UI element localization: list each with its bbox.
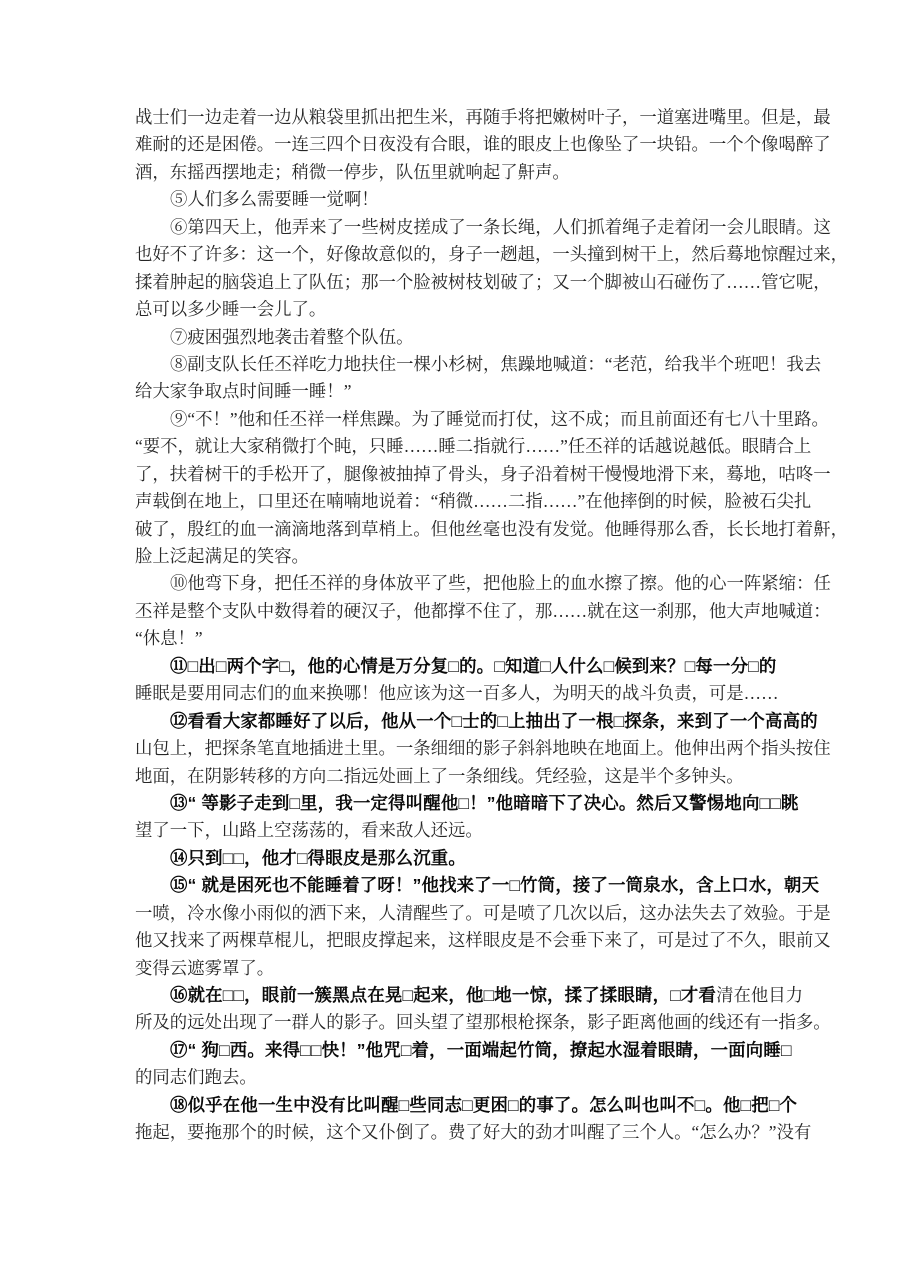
text-segment: 望了一下，山路上空荡荡的，看来敌人还远。 <box>135 820 483 840</box>
text-segment: 也好不了许多：这一个，好像故意似的，身子一趔趄，一头撞到树干上，然后蓦地惊醒过来… <box>135 244 848 264</box>
text-segment: ⑭只到□□，他才□得眼皮是那么沉重。 <box>170 848 466 868</box>
text-line: ⑯就在□□，眼前一簇黑点在晃□起来，他□地一惊，揉了揉眼睛，□才看清在他目力 <box>135 982 772 1009</box>
text-line: 难耐的还是困倦。一连三四个日夜没有合眼，谁的眼皮上也像坠了一块铅。一个个像喝醉了 <box>135 131 772 158</box>
text-segment: ⑬“ 等影子走到□里，我一定得叫醒他□！”他暗暗下了决心。然后又警惕地向□□眺 <box>170 793 799 813</box>
text-line: 地面，在阴影转移的方向二指远处画上了一条细线。凭经验，这是半个多钟头。 <box>135 763 772 790</box>
text-line: 声载倒在地上，口里还在喃喃地说着：“稍微……二指……”在他摔倒的时候，脸被石尖扎 <box>135 488 772 515</box>
text-line: 一喷，冷水像小雨似的洒下来，人清醒些了。可是喷了几次以后，这办法失去了效验。于是 <box>135 900 772 927</box>
text-line: 了，扶着树干的手松开了，腿像被抽掉了骨头，身子沿着树干慢慢地滑下来，蓦地，咕咚一 <box>135 461 772 488</box>
text-line: ⑪□出□两个字□，他的心情是万分复□的。□知道□人什么□候到来？□每一分□的 <box>135 653 772 680</box>
text-line: ⑦疲困强烈地袭击着整个队伍。 <box>135 324 772 351</box>
text-line: “休息！” <box>135 625 772 652</box>
text-segment: 了，扶着树干的手松开了，腿像被抽掉了骨头，身子沿着树干慢慢地滑下来，蓦地，咕咚一 <box>135 464 831 484</box>
text-line: 望了一下，山路上空荡荡的，看来敌人还远。 <box>135 817 772 844</box>
text-line: ⑩他弯下身，把任丕祥的身体放平了些，把他脸上的血水擦了擦。他的心一阵紧缩：任 <box>135 570 772 597</box>
text-segment: ⑧副支队长任丕祥吃力地扶住一棵小杉树，焦躁地喊道：“老范，给我半个班吧！我去 <box>170 354 821 374</box>
text-line: ⑫看看大家都睡好了以后，他从一个□士的□上抽出了一根□探条，来到了一个高高的 <box>135 708 772 735</box>
text-segment: 所及的远处出现了一群人的影子。回头望了望那根枪探条，影子距离他画的线还有一指多。 <box>135 1012 831 1032</box>
text-segment: “要不，就让大家稍微打个盹，只睡……睡二指就行……”任丕祥的话越说越低。眼睛合上 <box>135 436 811 456</box>
text-segment: ⑮“ 就是困死也不能睡着了呀！”他找来了一□竹筒，接了一筒泉水，含上口水，朝天 <box>170 875 819 895</box>
text-line: ⑧副支队长任丕祥吃力地扶住一棵小杉树，焦躁地喊道：“老范，给我半个班吧！我去 <box>135 351 772 378</box>
text-segment: 给大家争取点时间睡一睡！” <box>135 381 351 401</box>
text-segment: ⑦疲困强烈地袭击着整个队伍。 <box>170 327 413 347</box>
text-line: 脸上泛起满足的笑容。 <box>135 543 772 570</box>
text-segment: 揉着肿起的脑袋追上了队伍；那一个脸被树枝划破了；又一个脚被山石碰伤了……管它呢， <box>135 272 831 292</box>
text-segment: ⑩他弯下身，把任丕祥的身体放平了些，把他脸上的血水擦了擦。他的心一阵紧缩：任 <box>170 573 831 593</box>
text-line: “要不，就让大家稍微打个盹，只睡……睡二指就行……”任丕祥的话越说越低。眼睛合上 <box>135 433 772 460</box>
text-line: ⑨“不！”他和任丕祥一样焦躁。为了睡觉而打仗，这不成；而且前面还有七八十里路。 <box>135 406 772 433</box>
text-line: ⑤人们多么需要睡一觉啊！ <box>135 186 772 213</box>
text-line: 总可以多少睡一会儿了。 <box>135 296 772 323</box>
text-segment: 他又找来了两棵草棍儿，把眼皮撑起来，这样眼皮是不会垂下来了，可是过了不久，眼前又 <box>135 930 831 950</box>
text-segment: 睡眠是要用同志们的血来换哪！他应该为这一百多人，为明天的战斗负责，可是…… <box>135 683 778 703</box>
text-segment: 破了，殷红的血一滴滴地落到草梢上。但他丝毫也没有发觉。他睡得那么香，长长地打着鼾… <box>135 519 848 539</box>
text-segment: 声载倒在地上，口里还在喃喃地说着：“稍微……二指……”在他摔倒的时候，脸被石尖扎 <box>135 491 811 511</box>
text-line: 山包上，把探条笔直地插进土里。一条细细的影子斜斜地映在地面上。他伸出两个指头按住 <box>135 735 772 762</box>
text-line: ⑥第四天上，他弄来了一些树皮搓成了一条长绳，人们抓着绳子走着闭一会儿眼睛。这 <box>135 214 772 241</box>
text-segment: 的同志们跑去。 <box>135 1067 257 1087</box>
text-segment: ⑰“ 狗□西。来得□□快！”他咒□着，一面端起竹筒，撩起水湿着眼睛，一面向睡□ <box>170 1040 792 1060</box>
text-line: 酒，东摇西摆地走；稍微一停步，队伍里就响起了鼾声。 <box>135 159 772 186</box>
text-line: ⑮“ 就是困死也不能睡着了呀！”他找来了一□竹筒，接了一筒泉水，含上口水，朝天 <box>135 872 772 899</box>
text-segment: 变得云遮雾罩了。 <box>135 958 274 978</box>
text-segment: 酒，东摇西摆地走；稍微一停步，队伍里就响起了鼾声。 <box>135 162 570 182</box>
text-segment: 总可以多少睡一会儿了。 <box>135 299 326 319</box>
text-line: ⑱似乎在他一生中没有比叫醒□些同志□更困□的事了。怎么叫也叫不□。他□把□个 <box>135 1092 772 1119</box>
text-segment: 地面，在阴影转移的方向二指远处画上了一条细线。凭经验，这是半个多钟头。 <box>135 766 744 786</box>
text-segment: 脸上泛起满足的笑容。 <box>135 546 309 566</box>
text-segment: ⑤人们多么需要睡一觉啊！ <box>170 189 379 209</box>
text-segment: 一喷，冷水像小雨似的洒下来，人清醒些了。可是喷了几次以后，这办法失去了效验。于是 <box>135 903 831 923</box>
text-line: 也好不了许多：这一个，好像故意似的，身子一趔趄，一头撞到树干上，然后蓦地惊醒过来… <box>135 241 772 268</box>
text-segment: 战士们一边走着一边从粮袋里抓出把生米，再随手将把嫩树叶子，一道塞进嘴里。但是，最 <box>135 107 831 127</box>
text-line: ⑰“ 狗□西。来得□□快！”他咒□着，一面端起竹筒，撩起水湿着眼睛，一面向睡□ <box>135 1037 772 1064</box>
text-block: 战士们一边走着一边从粮袋里抓出把生米，再随手将把嫩树叶子，一道塞进嘴里。但是，最… <box>135 104 772 1147</box>
text-line: ⑭只到□□，他才□得眼皮是那么沉重。 <box>135 845 772 872</box>
text-segment: 丕祥是整个支队中数得着的硬汉子，他都撑不住了，那……就在这一刹那，他大声地喊道： <box>135 601 831 621</box>
text-line: 睡眠是要用同志们的血来换哪！他应该为这一百多人，为明天的战斗负责，可是…… <box>135 680 772 707</box>
text-segment: “休息！” <box>135 628 203 648</box>
text-line: 战士们一边走着一边从粮袋里抓出把生米，再随手将把嫩树叶子，一道塞进嘴里。但是，最 <box>135 104 772 131</box>
text-line: 他又找来了两棵草棍儿，把眼皮撑起来，这样眼皮是不会垂下来了，可是过了不久，眼前又 <box>135 927 772 954</box>
text-segment: ⑯就在□□，眼前一簇黑点在晃□起来，他□地一惊，揉了揉眼睛，□才看 <box>170 985 716 1005</box>
text-line: 丕祥是整个支队中数得着的硬汉子，他都撑不住了，那……就在这一刹那，他大声地喊道： <box>135 598 772 625</box>
text-segment: 拖起，要拖那个的时候，这个又仆倒了。费了好大的劲才叫醒了三个人。“怎么办？”没有 <box>135 1122 811 1142</box>
text-line: 变得云遮雾罩了。 <box>135 955 772 982</box>
text-segment: ⑱似乎在他一生中没有比叫醒□些同志□更困□的事了。怎么叫也叫不□。他□把□个 <box>170 1095 797 1115</box>
text-segment: ⑥第四天上，他弄来了一些树皮搓成了一条长绳，人们抓着绳子走着闭一会儿眼睛。这 <box>170 217 831 237</box>
text-segment: ⑫看看大家都睡好了以后，他从一个□士的□上抽出了一根□探条，来到了一个高高的 <box>170 711 818 731</box>
text-segment: 难耐的还是困倦。一连三四个日夜没有合眼，谁的眼皮上也像坠了一块铅。一个个像喝醉了 <box>135 134 831 154</box>
text-segment: ⑨“不！”他和任丕祥一样焦躁。为了睡觉而打仗，这不成；而且前面还有七八十里路。 <box>170 409 829 429</box>
text-line: 拖起，要拖那个的时候，这个又仆倒了。费了好大的劲才叫醒了三个人。“怎么办？”没有 <box>135 1119 772 1146</box>
text-line: 的同志们跑去。 <box>135 1064 772 1091</box>
text-line: 给大家争取点时间睡一睡！” <box>135 378 772 405</box>
text-line: 揉着肿起的脑袋追上了队伍；那一个脸被树枝划破了；又一个脚被山石碰伤了……管它呢， <box>135 269 772 296</box>
text-line: 所及的远处出现了一群人的影子。回头望了望那根枪探条，影子距离他画的线还有一指多。 <box>135 1009 772 1036</box>
text-segment: ⑪□出□两个字□，他的心情是万分复□的。□知道□人什么□候到来？□每一分□的 <box>170 656 776 676</box>
text-line: 破了，殷红的血一滴滴地落到草梢上。但他丝毫也没有发觉。他睡得那么香，长长地打着鼾… <box>135 516 772 543</box>
document-page: 战士们一边走着一边从粮袋里抓出把生米，再随手将把嫩树叶子，一道塞进嘴里。但是，最… <box>0 0 900 1273</box>
text-segment: 清在他目力 <box>716 985 803 1005</box>
text-line: ⑬“ 等影子走到□里，我一定得叫醒他□！”他暗暗下了决心。然后又警惕地向□□眺 <box>135 790 772 817</box>
text-segment: 山包上，把探条笔直地插进土里。一条细细的影子斜斜地映在地面上。他伸出两个指头按住 <box>135 738 831 758</box>
